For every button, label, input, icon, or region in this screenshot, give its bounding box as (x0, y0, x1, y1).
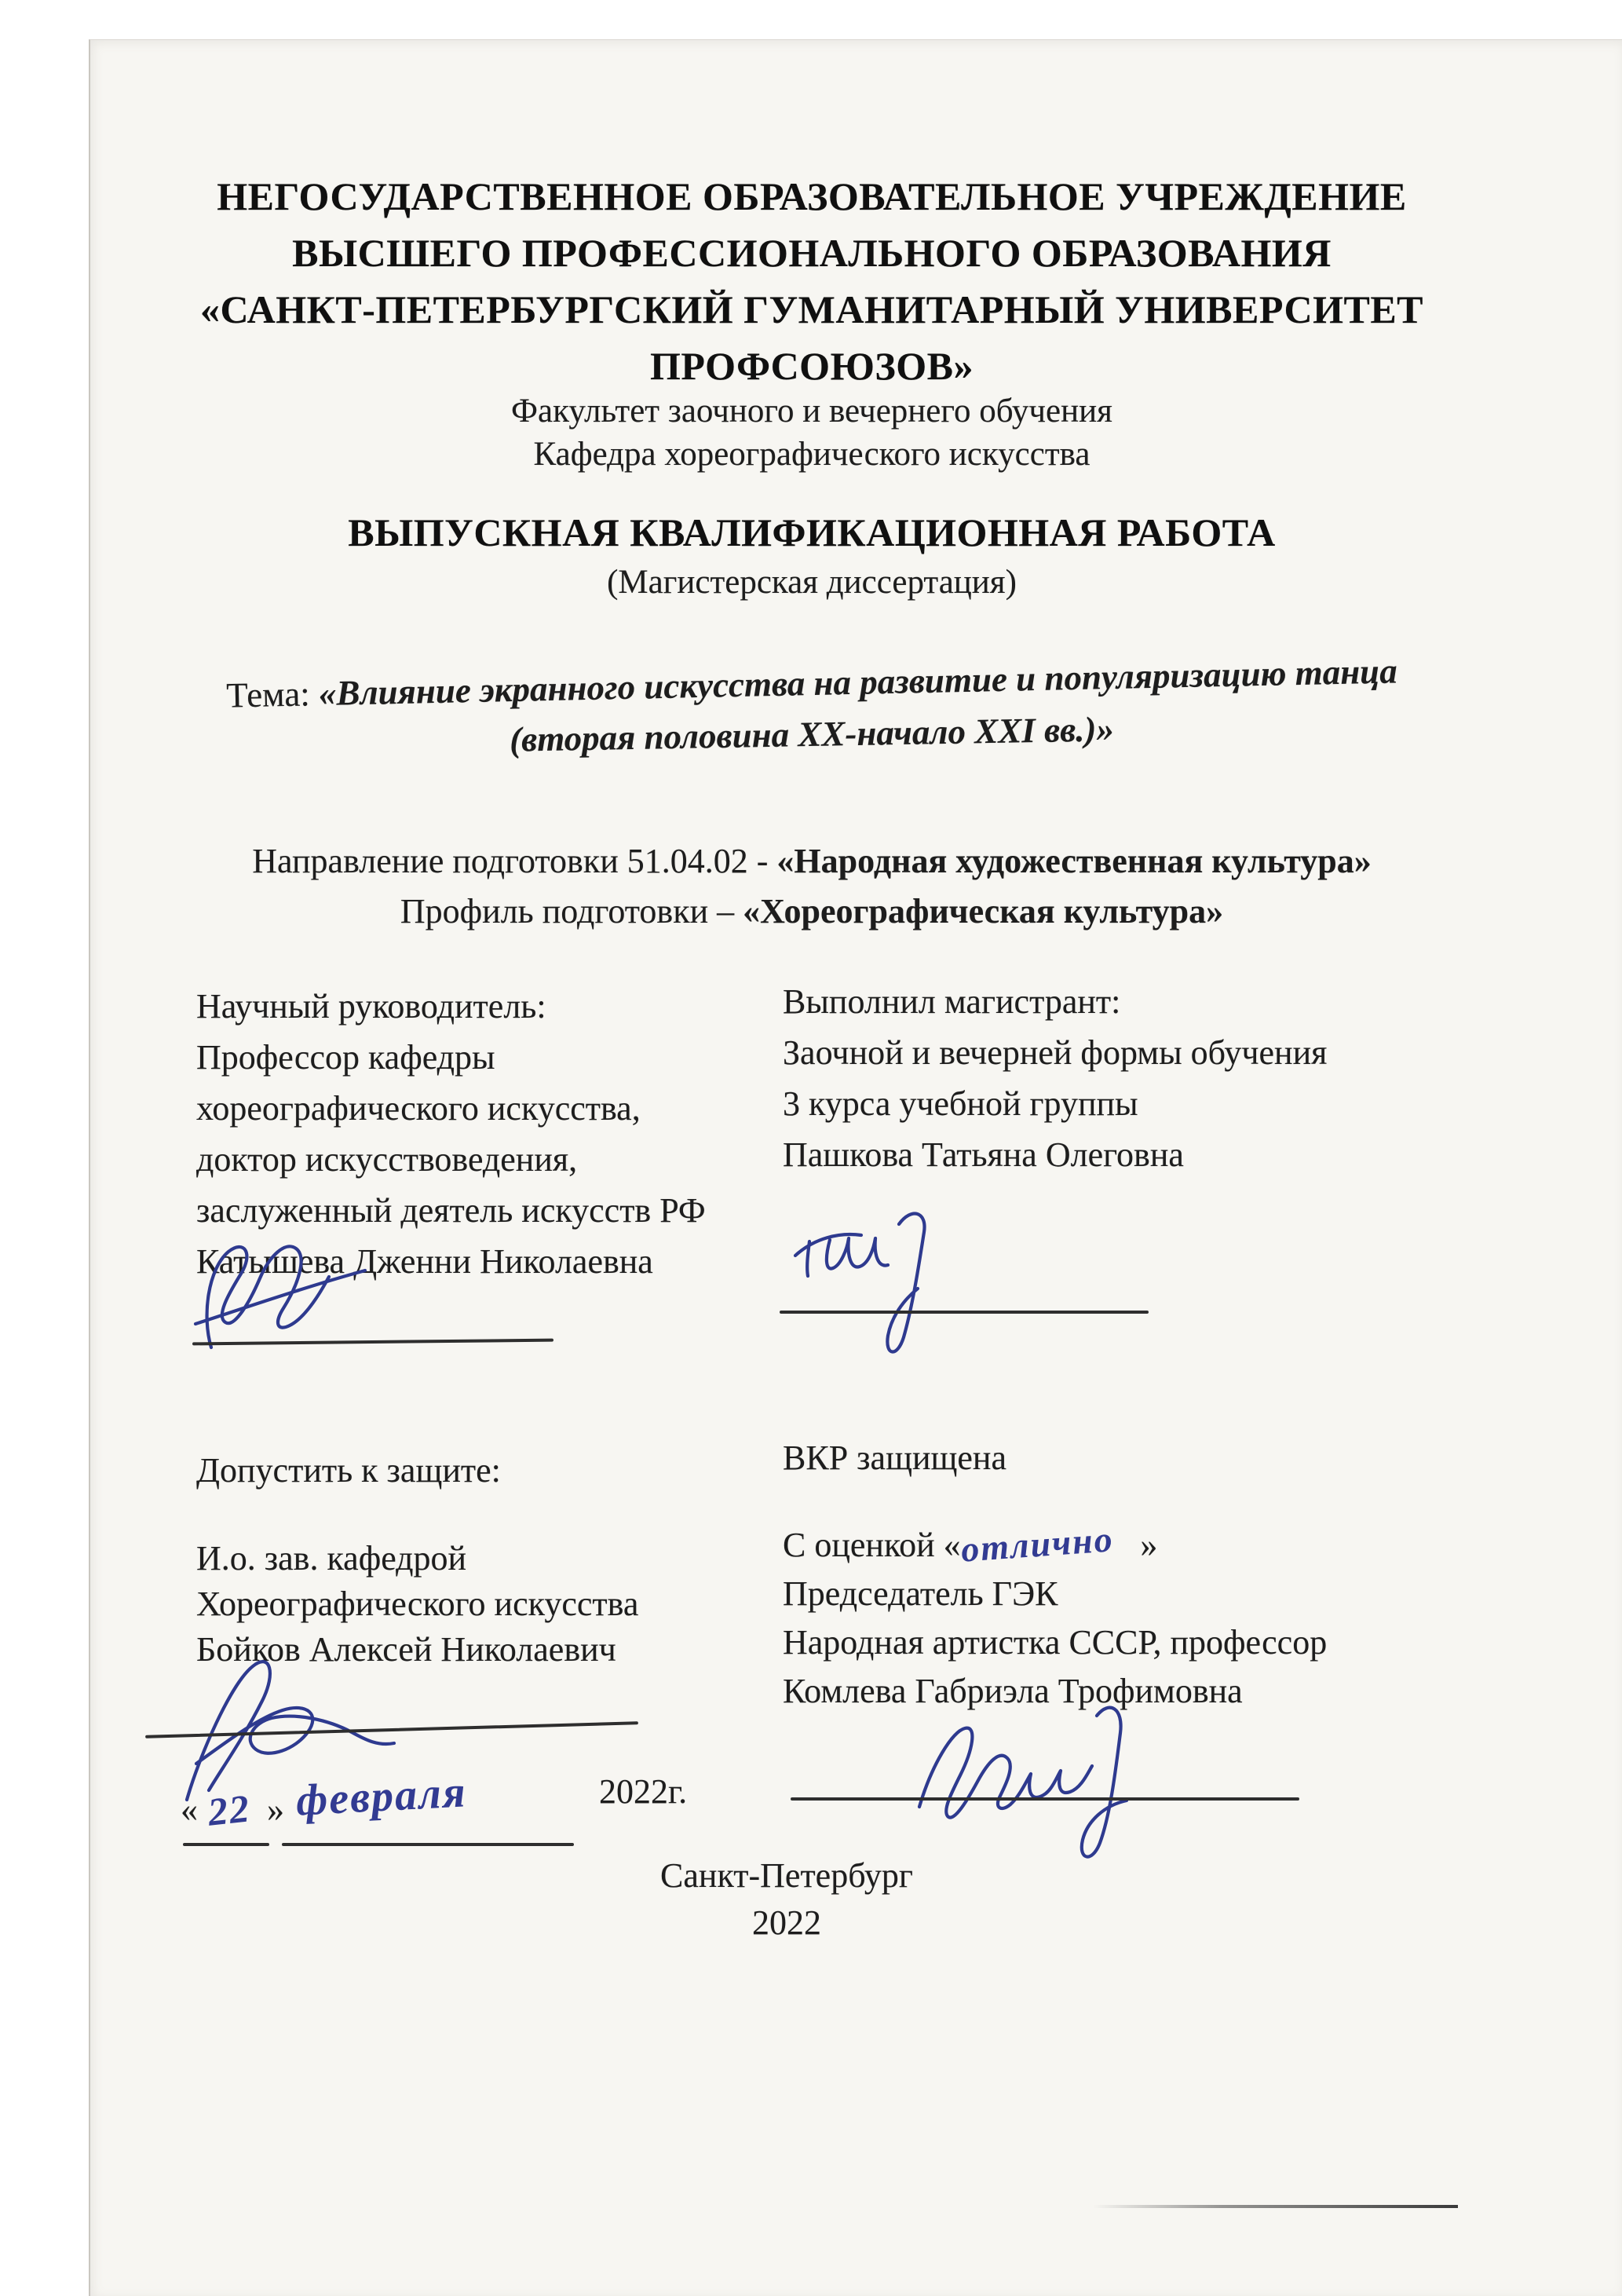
footer-city: Санкт-Петербург (90, 1855, 1483, 1896)
university-name-line2: ВЫСШЕГО ПРОФЕССИОНАЛЬНОГО ОБРАЗОВАНИЯ (90, 230, 1533, 276)
scan-artifact-line (1093, 2205, 1458, 2208)
university-name-line3: «САНКТ-ПЕТЕРБУРГСКИЙ ГУМАНИТАРНЫЙ УНИВЕР… (90, 287, 1533, 332)
student-line: Пашкова Татьяна Олеговна (783, 1129, 1327, 1180)
advisor-line: хореографического искусства, (196, 1083, 706, 1134)
paper-sheet: НЕГОСУДАРСТВЕННОЕ ОБРАЗОВАТЕЛЬНОЕ УЧРЕЖД… (89, 39, 1622, 2296)
student-block: Выполнил магистрант: Заочной и вечерней … (783, 976, 1327, 1180)
grade-handwritten: отлично (959, 1515, 1116, 1574)
defense-line: Народная артистка СССР, профессор (783, 1618, 1327, 1667)
department-line: Кафедра хореографического искусства (90, 435, 1533, 473)
defense-heading: ВКР защищена (783, 1438, 1006, 1478)
work-title: ВЫПУСКНАЯ КВАЛИФИКАЦИОННАЯ РАБОТА (90, 510, 1533, 555)
student-line: Заочной и вечерней формы обучения (783, 1027, 1327, 1078)
advisor-line: Профессор кафедры (196, 1032, 706, 1083)
defense-line: Председатель ГЭК (783, 1570, 1327, 1618)
direction-value: «Народная художественная культура» (776, 842, 1371, 880)
date-year: 2022г. (599, 1771, 687, 1812)
profile-label: Профиль подготовки – (400, 892, 743, 930)
university-name-line1: НЕГОСУДАРСТВЕННОЕ ОБРАЗОВАТЕЛЬНОЕ УЧРЕЖД… (90, 174, 1533, 219)
student-signature-ink (781, 1194, 970, 1375)
university-name-line4: ПРОФСОЮЗОВ» (90, 343, 1533, 389)
admission-line: Хореографического искусства (196, 1581, 638, 1627)
date-day-line (183, 1843, 269, 1846)
date-month-line (282, 1843, 574, 1846)
work-subtitle: (Магистерская диссертация) (90, 563, 1533, 601)
date-open-quote: « (181, 1790, 198, 1830)
admission-line: И.о. зав. кафедрой (196, 1536, 638, 1581)
footer-year: 2022 (90, 1903, 1483, 1943)
date-close-quote: » (267, 1790, 284, 1830)
faculty-line: Факультет заочного и вечернего обучения (90, 392, 1533, 430)
student-heading: Выполнил магистрант: (783, 976, 1327, 1027)
advisor-heading: Научный руководитель: (196, 981, 706, 1032)
chairman-signature-line (791, 1797, 1299, 1801)
grade-prefix: С оценкой « (783, 1526, 961, 1564)
profile-line: Профиль подготовки – «Хореографическая к… (90, 891, 1533, 931)
date-month-handwritten: февраля (294, 1767, 468, 1826)
direction-line: Направление подготовки 51.04.02 - «Народ… (90, 841, 1533, 881)
scanned-document: НЕГОСУДАРСТВЕННОЕ ОБРАЗОВАТЕЛЬНОЕ УЧРЕЖД… (0, 0, 1622, 2296)
theme-label: Тема: (226, 674, 320, 715)
defense-block: С оценкой «отлично» Председатель ГЭК Нар… (783, 1520, 1327, 1716)
admission-heading: Допустить к защите: (196, 1450, 501, 1490)
advisor-line: доктор искусствоведения, (196, 1134, 706, 1185)
student-line: 3 курса учебной группы (783, 1078, 1327, 1129)
profile-value: «Хореографическая культура» (743, 892, 1223, 930)
student-signature-line (780, 1311, 1149, 1314)
direction-label: Направление подготовки 51.04.02 - (252, 842, 776, 880)
grade-line: С оценкой «отлично» (783, 1520, 1327, 1570)
theme-title-part1: «Влияние экранного искусства на развитие… (318, 651, 1397, 713)
date-day-handwritten: 22 (206, 1785, 253, 1834)
grade-suffix: » (1140, 1526, 1157, 1564)
